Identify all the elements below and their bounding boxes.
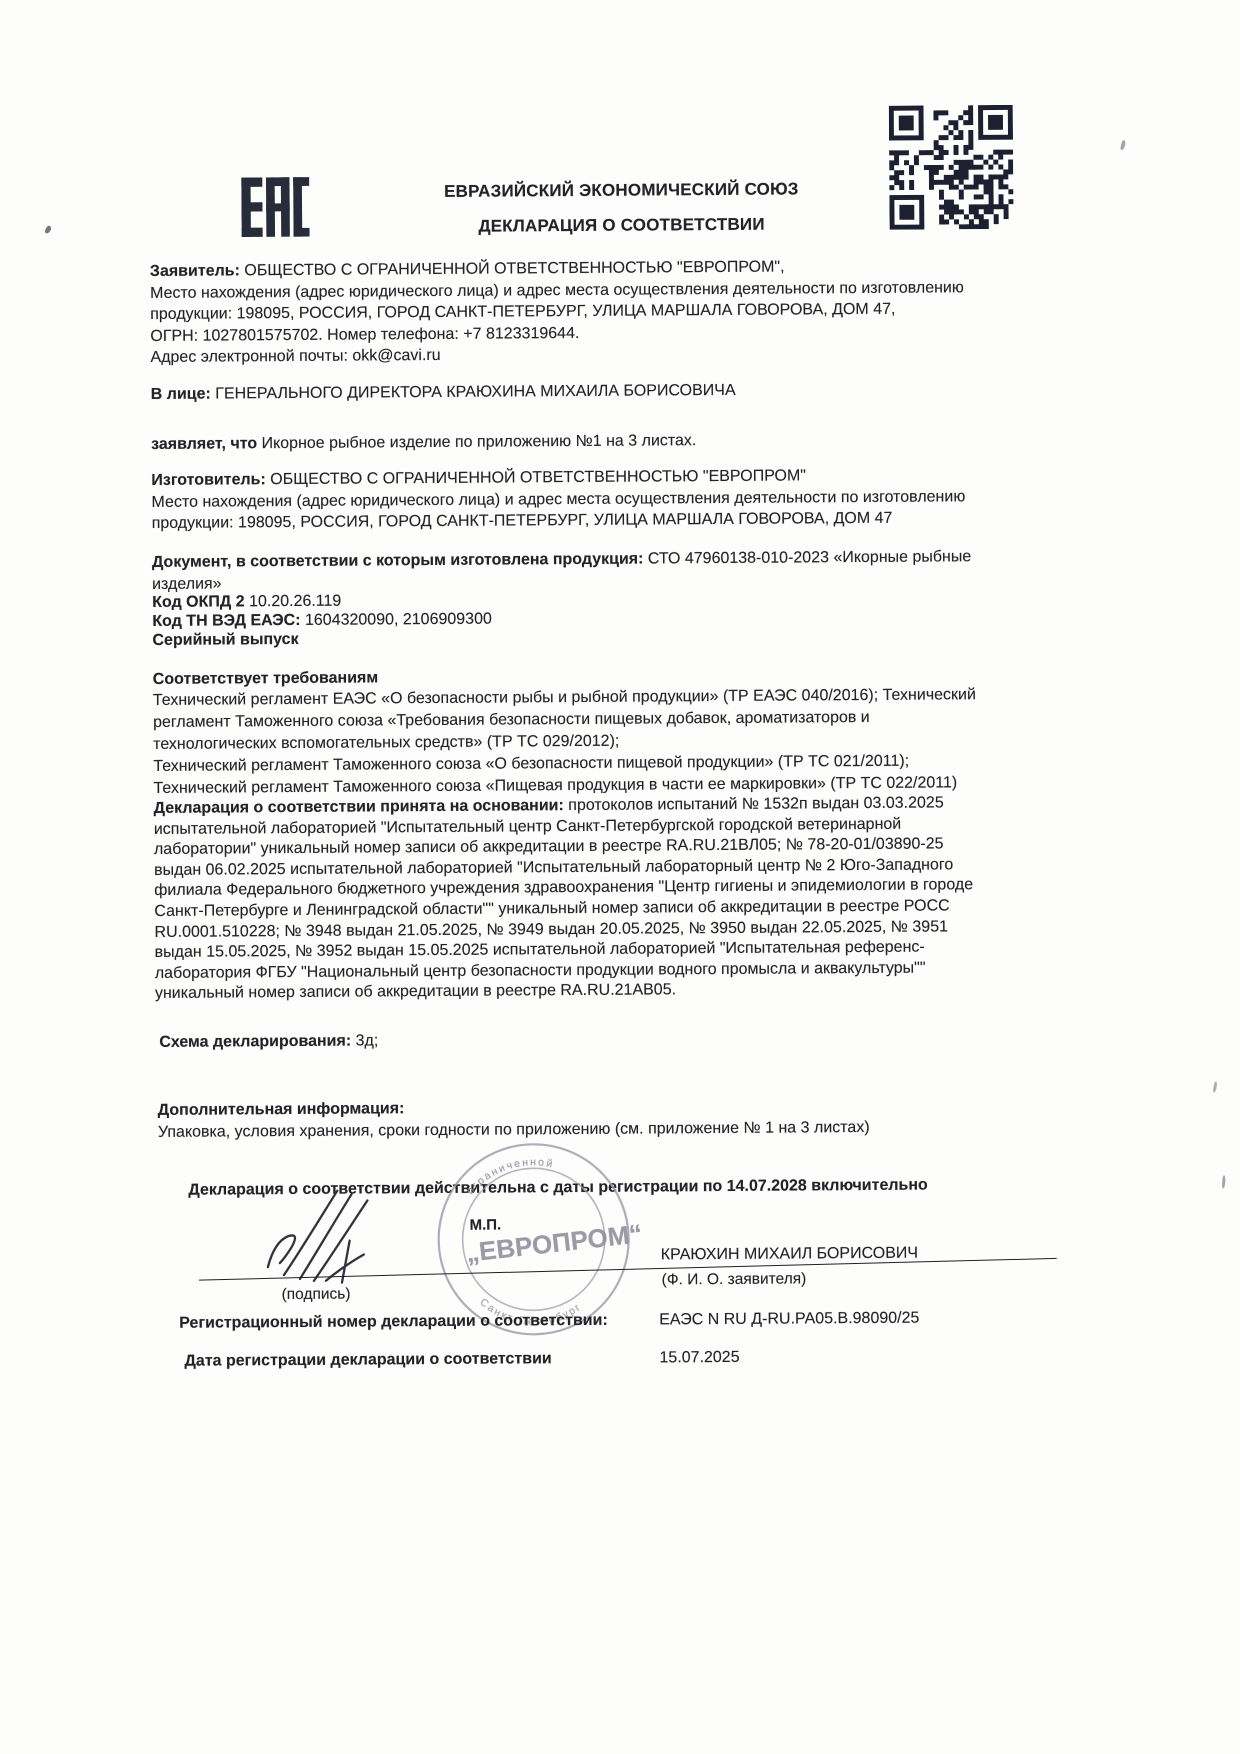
scan-speck: [1120, 140, 1126, 151]
applicant-fio: КРАЮХИН МИХАИЛ БОРИСОВИЧ: [661, 1242, 981, 1266]
stamp-place-label: М.П.: [470, 1217, 502, 1234]
product-doc-value1: СТО 47960138-010-2023 «Икорные рыбные: [648, 548, 972, 567]
applicant-name: ОБЩЕСТВО С ОГРАНИЧЕННОЙ ОТВЕТСТВЕННОСТЬЮ…: [244, 259, 784, 280]
scheme-line: Схема декларирования: 3д;: [159, 1025, 1119, 1053]
scan-speck: [1222, 1175, 1226, 1188]
declares-line: заявляет, что Икорное рыбное изделие по …: [151, 427, 1111, 455]
scan-speck: [1213, 1081, 1218, 1092]
tnved-label: Код ТН ВЭД ЕАЭС:: [152, 612, 300, 630]
declaration-page: ЕВРАЗИЙСКИЙ ЭКОНОМИЧЕСКИЙ СОЮЗ ДЕКЛАРАЦИ…: [0, 0, 1240, 1754]
compliance-text: Технический регламент ЕАЭС «О безопаснос…: [153, 683, 1114, 800]
manufacturer-name: ОБЩЕСТВО С ОГРАНИЧЕННОЙ ОТВЕТСТВЕННОСТЬЮ…: [270, 467, 806, 488]
applicant-label: Заявитель:: [150, 262, 240, 280]
product-doc-label: Документ, в соответствии с которым изгот…: [152, 551, 644, 571]
registration-date-value: 15.07.2025: [659, 1341, 1240, 1369]
manufacturer-section: Изготовитель: ОБЩЕСТВО С ОГРАНИЧЕННОЙ ОТ…: [151, 463, 1111, 534]
person-line: В лице: ГЕНЕРАЛЬНОГО ДИРЕКТОРА КРАЮХИНА …: [151, 377, 1111, 405]
qr-code-icon: [889, 105, 1014, 230]
manufacturer-label: Изготовитель:: [151, 471, 266, 489]
doc-title: ДЕКЛАРАЦИЯ О СООТВЕТСТВИИ: [322, 214, 922, 238]
union-title: ЕВРАЗИЙСКИЙ ЭКОНОМИЧЕСКИЙ СОЮЗ: [321, 179, 921, 203]
qr-code-svg: [889, 105, 1014, 230]
scanned-content: ЕВРАЗИЙСКИЙ ЭКОНОМИЧЕСКИЙ СОЮЗ ДЕКЛАРАЦИ…: [0, 0, 1240, 1754]
basis-label: Декларация о соответствии принята на осн…: [154, 797, 564, 817]
okpd-value: 10.20.26.119: [249, 593, 341, 611]
scheme-label: Схема декларирования:: [159, 1033, 351, 1051]
applicant-section: Заявитель: ОБЩЕСТВО С ОГРАНИЧЕННОЙ ОТВЕТ…: [150, 254, 1111, 368]
signature-caption: (подпись): [261, 1285, 371, 1304]
declares-label: заявляет, что: [151, 435, 257, 453]
person-value: ГЕНЕРАЛЬНОГО ДИРЕКТОРА КРАЮХИНА МИХАИЛА …: [215, 382, 735, 403]
person-label: В лице:: [151, 386, 211, 403]
basis-intro: протоколов испытаний № 1532п выдан 03.03…: [568, 794, 944, 814]
eac-logo: [241, 175, 309, 239]
scheme-value: 3д;: [356, 1032, 379, 1049]
scan-speck: [44, 225, 52, 234]
applicant-fio-caption: (Ф. И. О. заявителя): [649, 1270, 819, 1289]
declares-value: Икорное рыбное изделие по приложению №1 …: [261, 432, 696, 452]
eac-logo-glyphs: [241, 175, 309, 239]
product-codes: Код ОКПД 2 10.20.26.119 Код ТН ВЭД ЕАЭС:…: [152, 587, 1112, 650]
okpd-label: Код ОКПД 2: [152, 593, 245, 611]
tnved-value: 1604320090, 2106909300: [305, 610, 492, 628]
basis-section: Декларация о соответствии принята на осн…: [154, 792, 1115, 1005]
registration-number-value: ЕАЭС N RU Д-RU.РА05.В.98090/25: [659, 1303, 1240, 1331]
